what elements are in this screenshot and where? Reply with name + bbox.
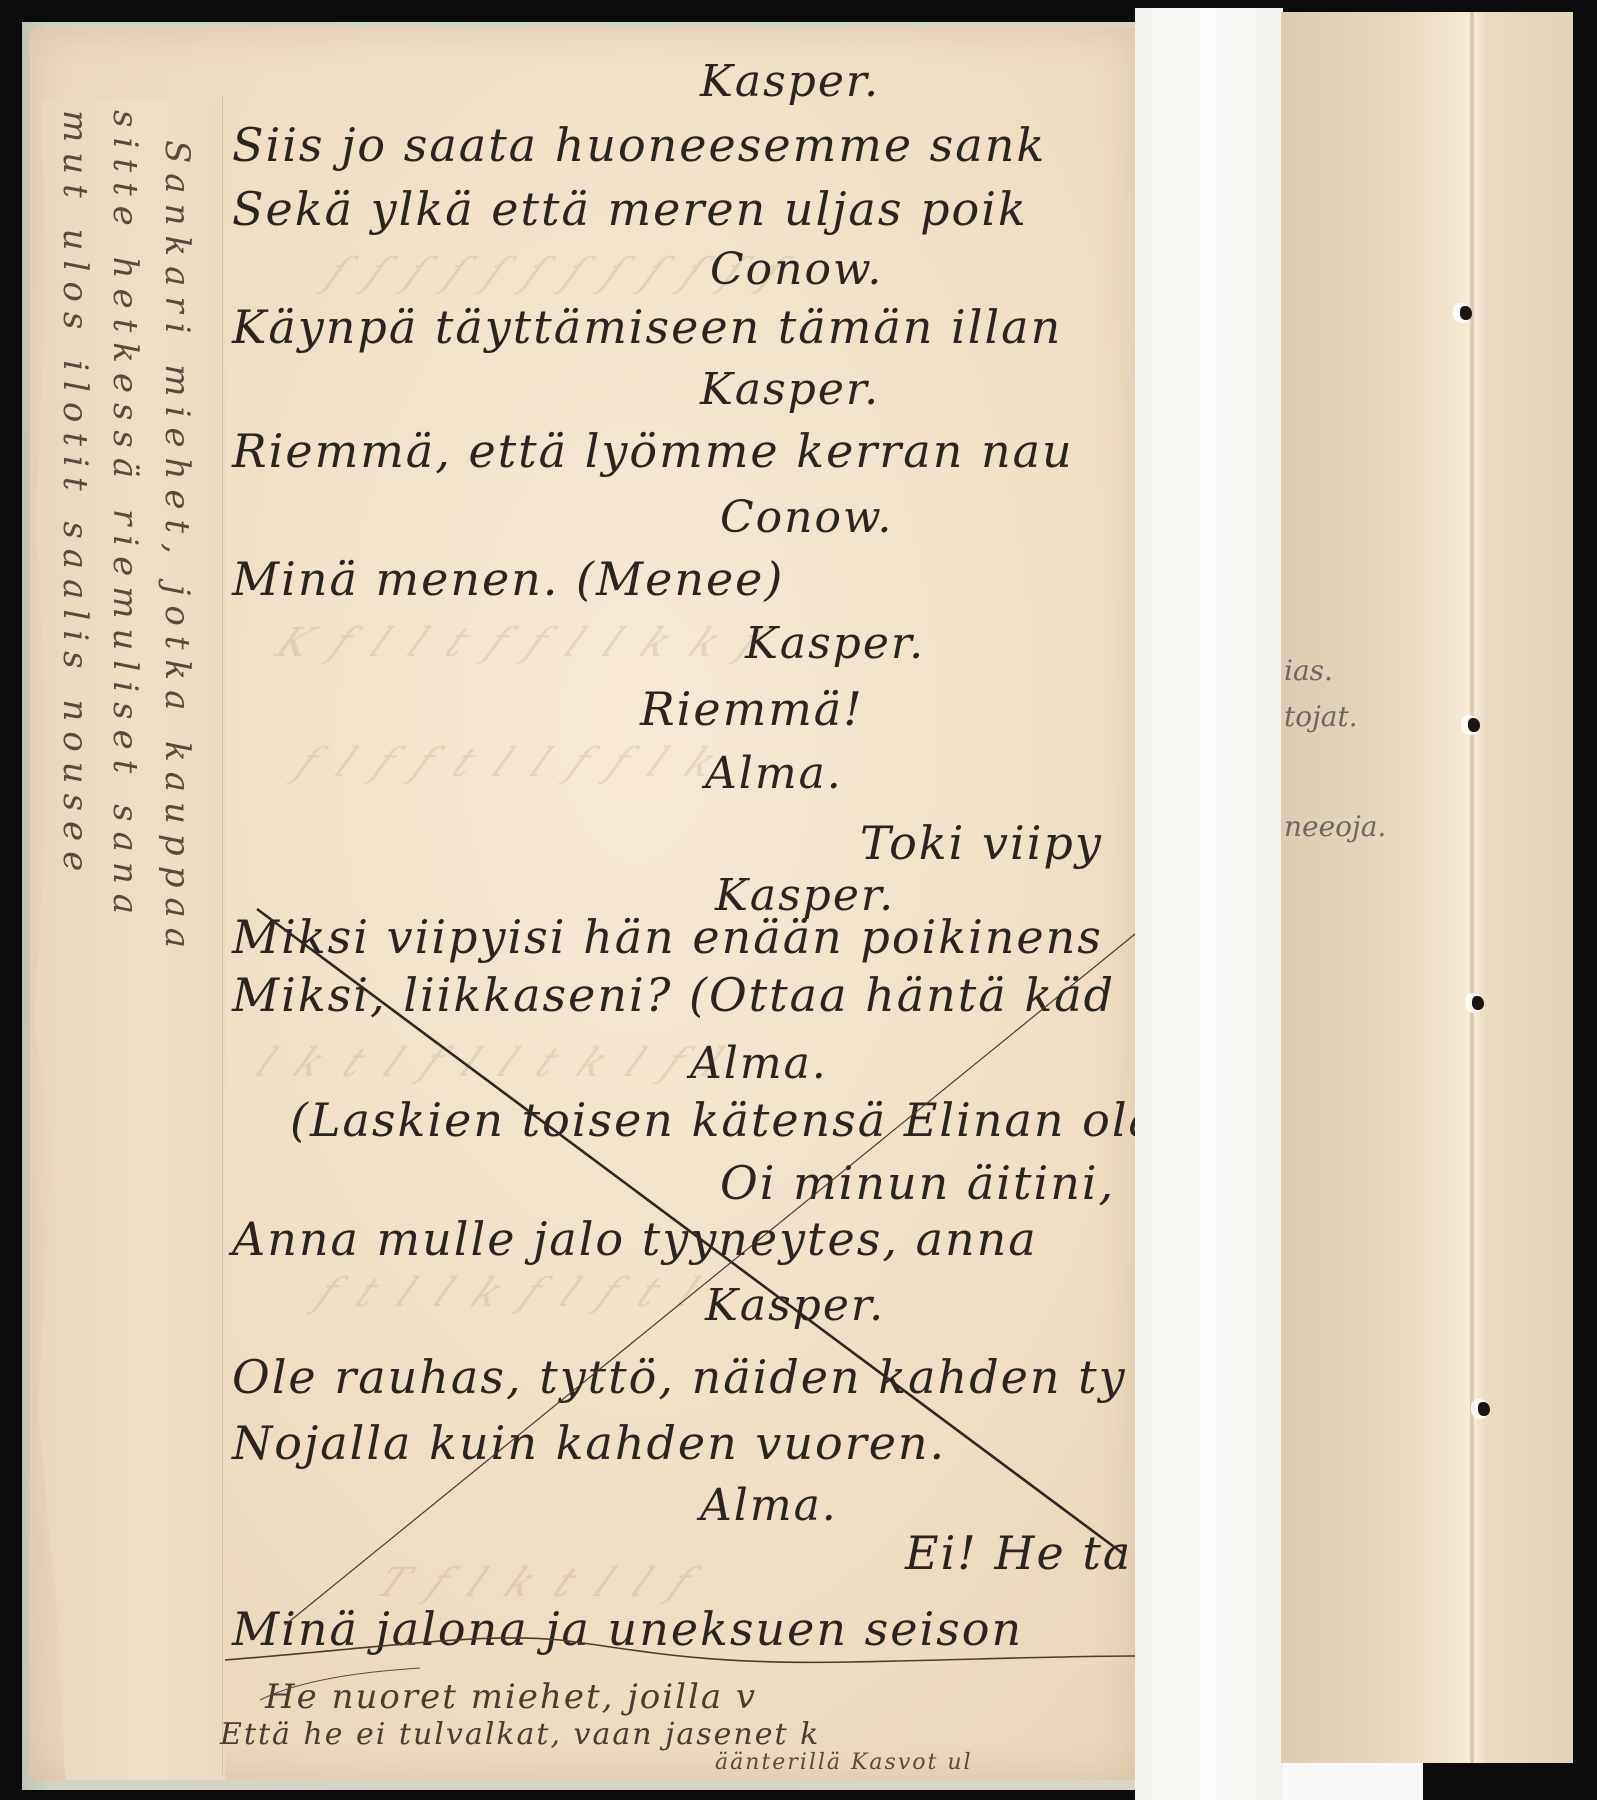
thick-strike-line bbox=[257, 909, 1125, 1555]
white-gap bbox=[1135, 0, 1283, 1800]
strip-fragment-text: tojat. bbox=[1284, 700, 1358, 733]
punch-hole-icon bbox=[1472, 996, 1484, 1010]
wavy-underline bbox=[225, 1638, 1135, 1663]
punch-hole-icon bbox=[1460, 306, 1472, 320]
strip-fold-line bbox=[1470, 12, 1474, 1763]
punch-hole-icon bbox=[1468, 718, 1480, 732]
white-gap-bottom bbox=[1283, 1763, 1423, 1800]
strip-fragment-text: neeoja. bbox=[1284, 810, 1386, 843]
punch-hole-icon bbox=[1478, 1402, 1490, 1416]
folded-right-strip bbox=[1281, 12, 1573, 1763]
thin-strike-line bbox=[285, 930, 1140, 1625]
strip-fragment-text: ias. bbox=[1284, 654, 1333, 687]
annotation-stroke bbox=[260, 1668, 420, 1700]
black-border bbox=[1135, 0, 1283, 8]
